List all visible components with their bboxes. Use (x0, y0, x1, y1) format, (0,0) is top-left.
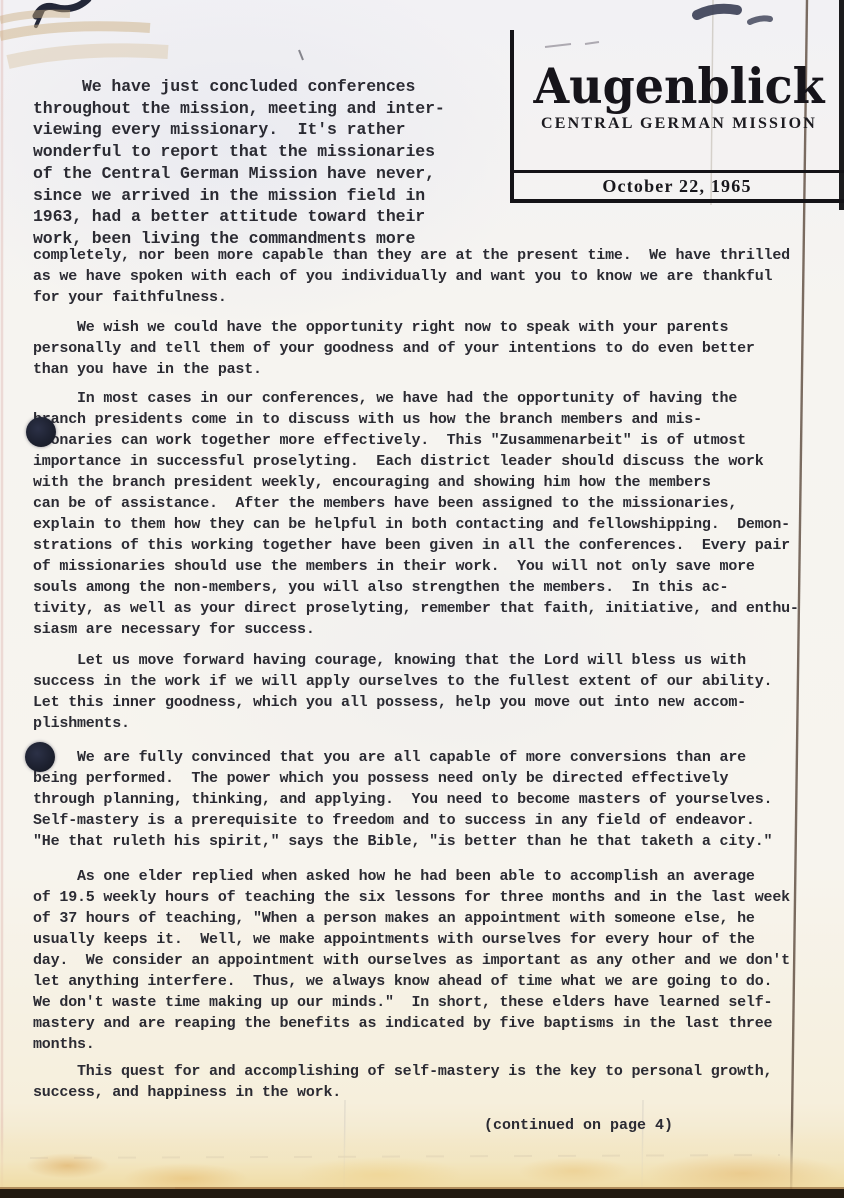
bottom-streak-line (30, 1155, 780, 1158)
tan-streak-3 (0, 14, 70, 20)
newsletter-subtitle: CENTRAL GERMAN MISSION (514, 115, 844, 133)
issue-date: October 22, 1965 (602, 176, 751, 197)
tan-streak-2 (8, 50, 168, 62)
bottom-edge-bar (0, 1189, 844, 1198)
newsletter-title: Augenblick (514, 58, 844, 113)
fold-line-bottom-right (642, 1100, 643, 1190)
bottom-stain-band (0, 1126, 844, 1190)
ink-scribble-stem (36, 8, 44, 26)
body-paragraph-5: We are fully convinced that you are all … (33, 747, 772, 852)
continued-note: (continued on page 4) (484, 1115, 673, 1136)
top-right-smudge-1 (697, 9, 737, 15)
tan-streak-1 (0, 26, 150, 36)
body-paragraph-1-continued: completely, nor been more capable than t… (33, 245, 790, 308)
body-paragraph-1-narrow: We have just concluded conferences throu… (33, 76, 445, 250)
masthead-date-band: October 22, 1965 (510, 170, 844, 203)
top-right-smudge-2 (750, 18, 770, 22)
body-paragraph-6: As one elder replied when asked how he h… (33, 866, 790, 1055)
fold-line-bottom-left (344, 1100, 345, 1192)
scanned-newsletter-page: Augenblick CENTRAL GERMAN MISSION Octobe… (0, 0, 844, 1198)
hole-punch-top (26, 417, 56, 447)
hole-punch-bottom (25, 742, 55, 772)
small-pen-tick (299, 50, 303, 60)
body-paragraph-4: Let us move forward having courage, know… (33, 650, 772, 734)
body-paragraph-3: In most cases in our conferences, we hav… (33, 388, 799, 640)
ink-scribble (36, 0, 88, 16)
body-paragraph-7: This quest for and accomplishing of self… (33, 1061, 772, 1103)
body-paragraph-2: We wish we could have the opportunity ri… (33, 317, 755, 380)
